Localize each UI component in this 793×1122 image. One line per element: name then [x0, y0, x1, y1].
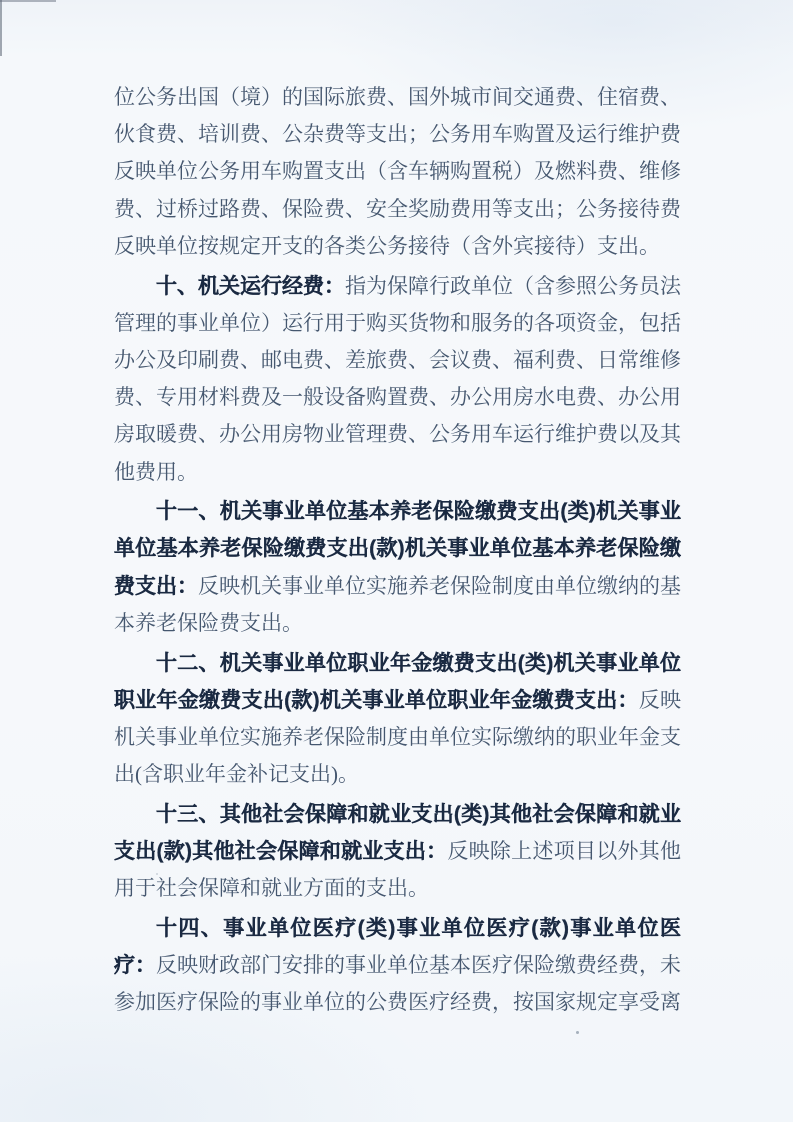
paragraph-section-11: 十一、机关事业单位基本养老保险缴费支出(类)机关事业单位基本养老保险缴费支出(款…: [114, 493, 681, 642]
paragraph-section-14: 十四、事业单位医疗(类)事业单位医疗(款)事业单位医疗：反映财政部门安排的事业单…: [114, 910, 681, 1022]
paragraph-body: 反映财政部门安排的事业单位基本医疗保险缴费经费，未参加医疗保险的事业单位的公费医…: [114, 953, 681, 1014]
paragraph-section-13: 十三、其他社会保障和就业支出(类)其他社会保障和就业支出(款)其他社会保障和就业…: [114, 796, 681, 908]
scan-edge-artifact-horizontal: [0, 0, 56, 2]
paragraph-section-12: 十二、机关事业单位职业年金缴费支出(类)机关事业单位职业年金缴费支出(款)机关事…: [114, 645, 681, 794]
scan-edge-artifact-vertical: [0, 0, 2, 56]
paragraph-body: 反映机关事业单位实施养老保险制度由单位缴纳的基本养老保险费支出。: [114, 574, 681, 635]
document-text-block: 位公务出国（境）的国际旅费、国外城市间交通费、住宿费、伙食费、培训费、公杂费等支…: [114, 79, 681, 1024]
scanned-page: 位公务出国（境）的国际旅费、国外城市间交通费、住宿费、伙食费、培训费、公杂费等支…: [0, 0, 793, 1122]
paragraph-body: 指为保障行政单位（含参照公务员法管理的事业单位）运行用于购买货物和服务的各项资金…: [114, 274, 681, 484]
paragraph-lead: 十、机关运行经费：: [156, 275, 345, 298]
paragraph-continuation: 位公务出国（境）的国际旅费、国外城市间交通费、住宿费、伙食费、培训费、公杂费等支…: [114, 79, 681, 265]
paragraph-section-10: 十、机关运行经费：指为保障行政单位（含参照公务员法管理的事业单位）运行用于购买货…: [114, 268, 681, 491]
paragraph-body: 位公务出国（境）的国际旅费、国外城市间交通费、住宿费、伙食费、培训费、公杂费等支…: [114, 85, 681, 258]
scan-speck: [576, 1031, 579, 1034]
paragraph-lead: 十二、机关事业单位职业年金缴费支出(类)机关事业单位职业年金缴费支出(款)机关事…: [114, 652, 681, 712]
